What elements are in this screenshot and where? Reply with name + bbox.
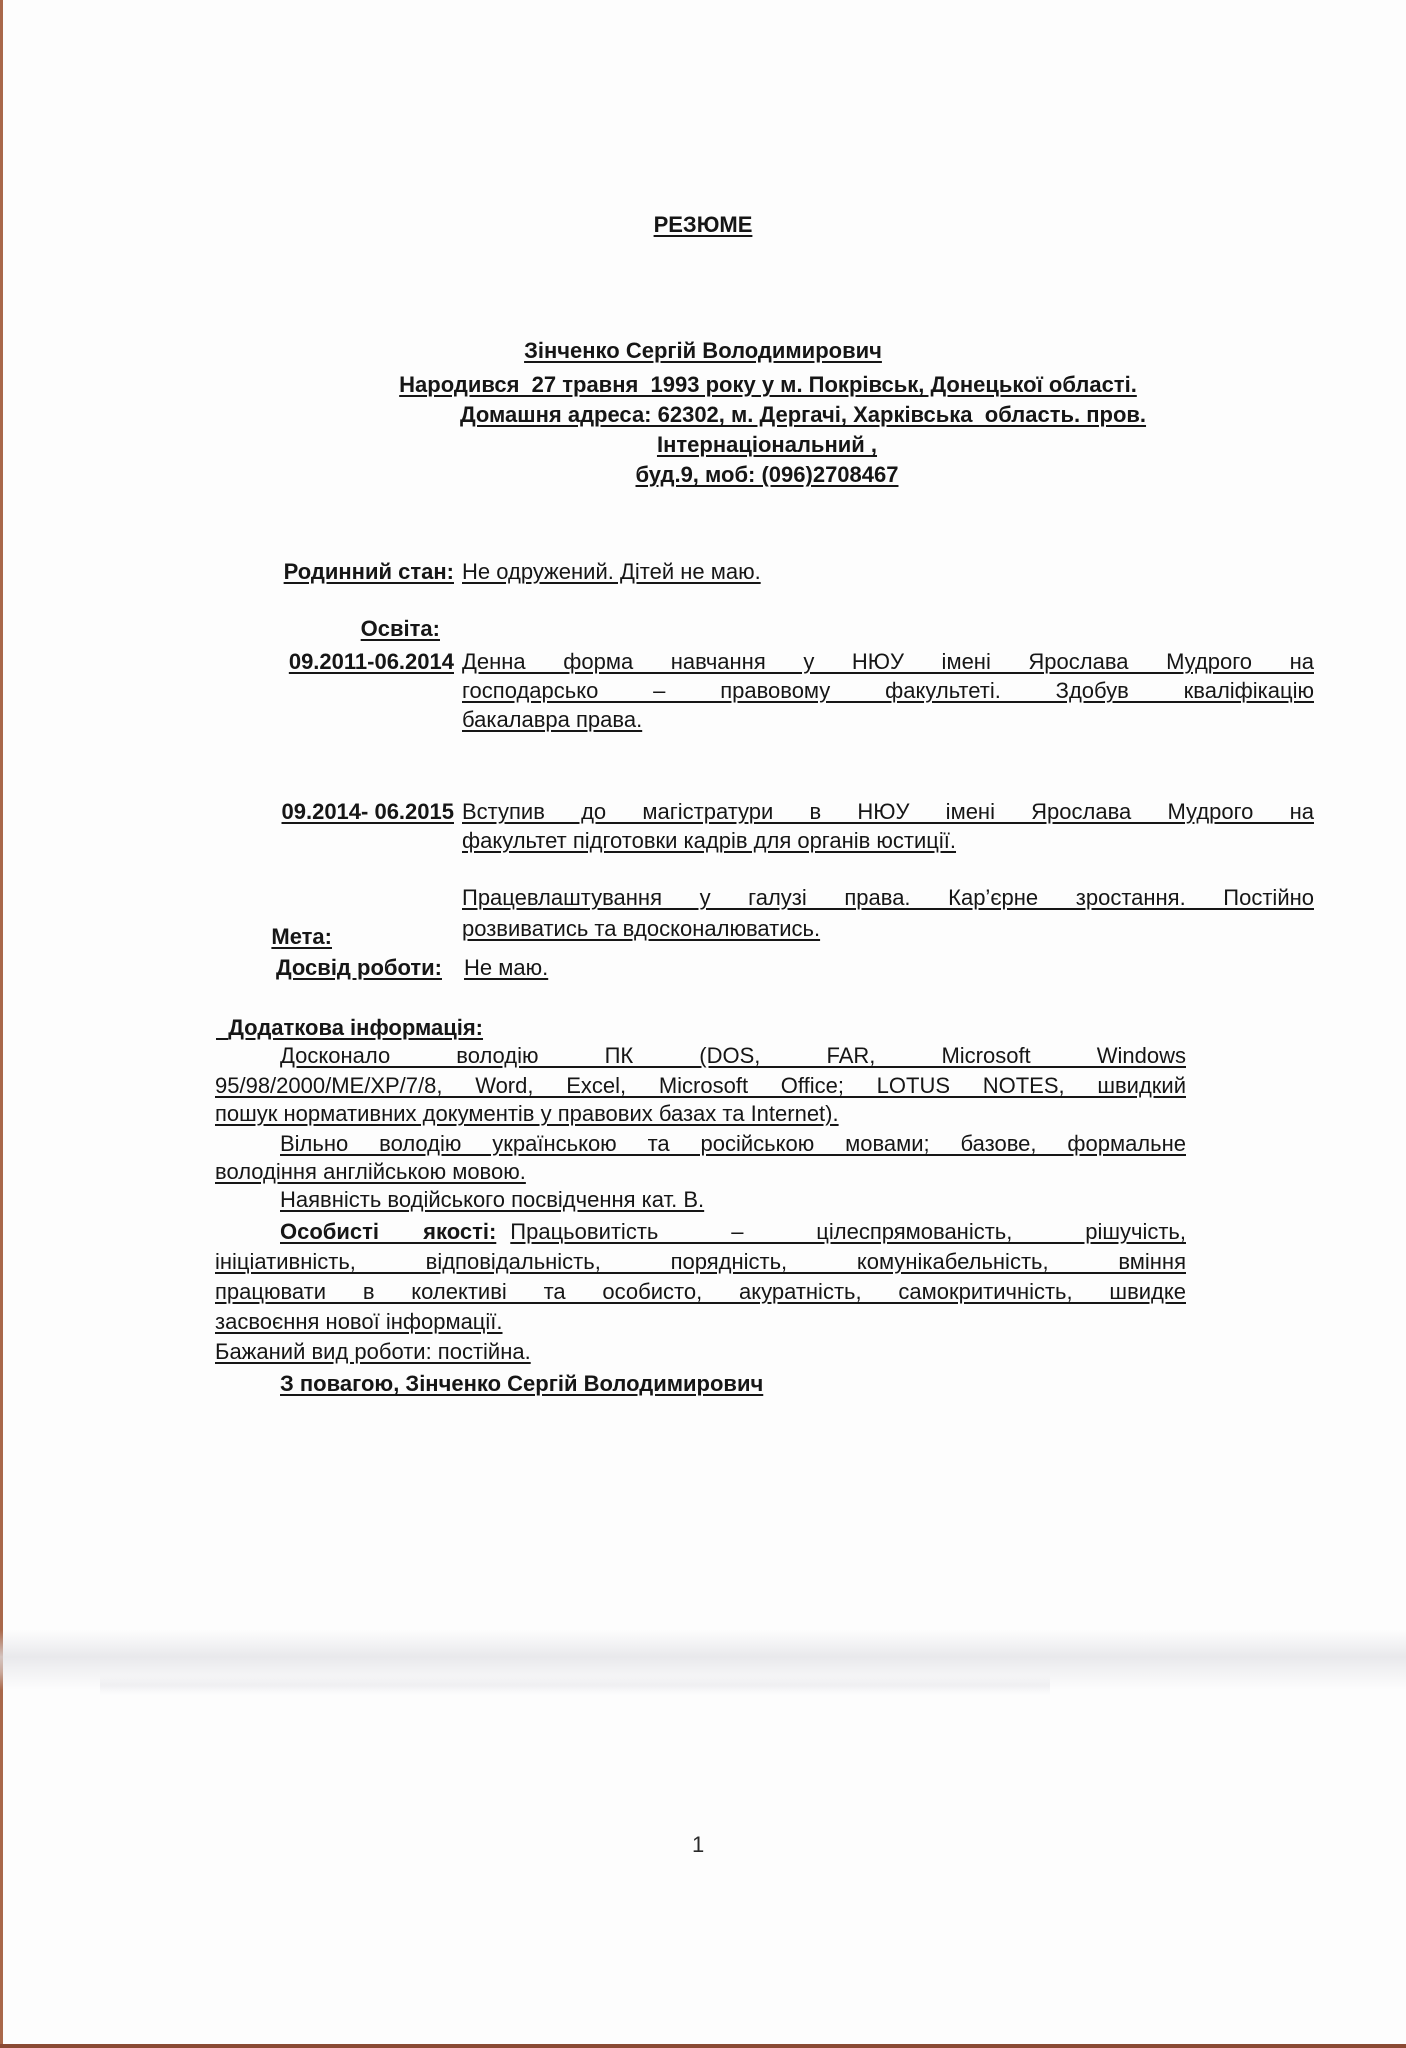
marital-label: Родинний стан: — [250, 559, 454, 585]
desk-edge-left — [0, 0, 3, 2048]
pc-skills-line: Досконало володію ПК (DOS, FAR, Microsof… — [280, 1043, 1186, 1069]
personal-qualities-line: працювати в колективі та особисто, акура… — [215, 1279, 1186, 1305]
education-period-1: 09.2011-06.2014 — [258, 649, 454, 675]
personal-qualities-line: Особисті якості: Працьовитість – цілеспр… — [280, 1219, 1186, 1245]
birth-info: Народився 27 травня 1993 року у м. Покрі… — [65, 372, 1406, 398]
address-line-1: Домашня адреса: 62302, м. Дергачі, Харкі… — [100, 402, 1406, 428]
signature: З повагою, Зінченко Сергій Володимирович — [280, 1371, 763, 1397]
goal-line: Працевлаштування у галузі права. Кар’єрн… — [462, 885, 1314, 911]
document-title: РЕЗЮМЕ — [0, 212, 1406, 238]
marital-value: Не одружений. Дітей не маю. — [462, 559, 761, 585]
personal-qualities-text: Працьовитість – цілеспрямованість, рішуч… — [510, 1219, 1186, 1245]
additional-info-label-text: Додаткова інформація: — [228, 1015, 483, 1040]
address-line-2: Інтернаціональний , — [64, 432, 1406, 458]
experience-label: Досвід роботи: — [212, 955, 442, 981]
goal-label: Мета: — [222, 924, 332, 950]
experience-value: Не маю. — [464, 955, 548, 981]
education-entry-1-line: бакалавра права. — [462, 707, 642, 733]
page-number: 1 — [692, 1832, 704, 1858]
languages-line: Вільно володію українською та російською… — [280, 1131, 1186, 1157]
desired-work-type: Бажаний вид роботи: постійна. — [215, 1339, 531, 1365]
education-entry-1-line: Денна форма навчання у НЮУ імені Ярослав… — [462, 649, 1314, 675]
education-entry-2-line: Вступив до магістратури в НЮУ імені Ярос… — [462, 799, 1314, 825]
desk-edge-bottom — [0, 2044, 1406, 2048]
personal-qualities-line: ініціативність, відповідальність, порядн… — [215, 1249, 1186, 1275]
pc-skills-line: пошук нормативних документів у правових … — [215, 1101, 839, 1127]
education-period-2: 09.2014- 06.2015 — [222, 799, 454, 825]
drivers-license: Наявність водійського посвідчення кат. В… — [280, 1187, 704, 1213]
personal-qualities-label: Особисті якості: — [280, 1219, 496, 1245]
pc-skills-line: 95/98/2000/ME/XP/7/8, Word, Excel, Micro… — [215, 1073, 1186, 1099]
personal-qualities-line: засвоєння нової інформації. — [215, 1309, 503, 1335]
additional-info-label: Додаткова інформація: — [216, 1015, 536, 1041]
education-entry-1-line: господарсько – правовому факультеті. Здо… — [462, 678, 1314, 704]
scan-smudge — [100, 1675, 1050, 1695]
education-label: Освіта: — [290, 616, 440, 642]
goal-line: розвиватись та вдосконалюватись. — [462, 916, 820, 942]
languages-line: володіння англійською мовою. — [215, 1159, 526, 1185]
address-phone-line: буд.9, моб: (096)2708467 — [64, 462, 1406, 488]
full-name: Зінченко Сергій Володимирович — [0, 338, 1406, 364]
education-entry-2-line: факультет підготовки кадрів для органів … — [462, 828, 956, 854]
